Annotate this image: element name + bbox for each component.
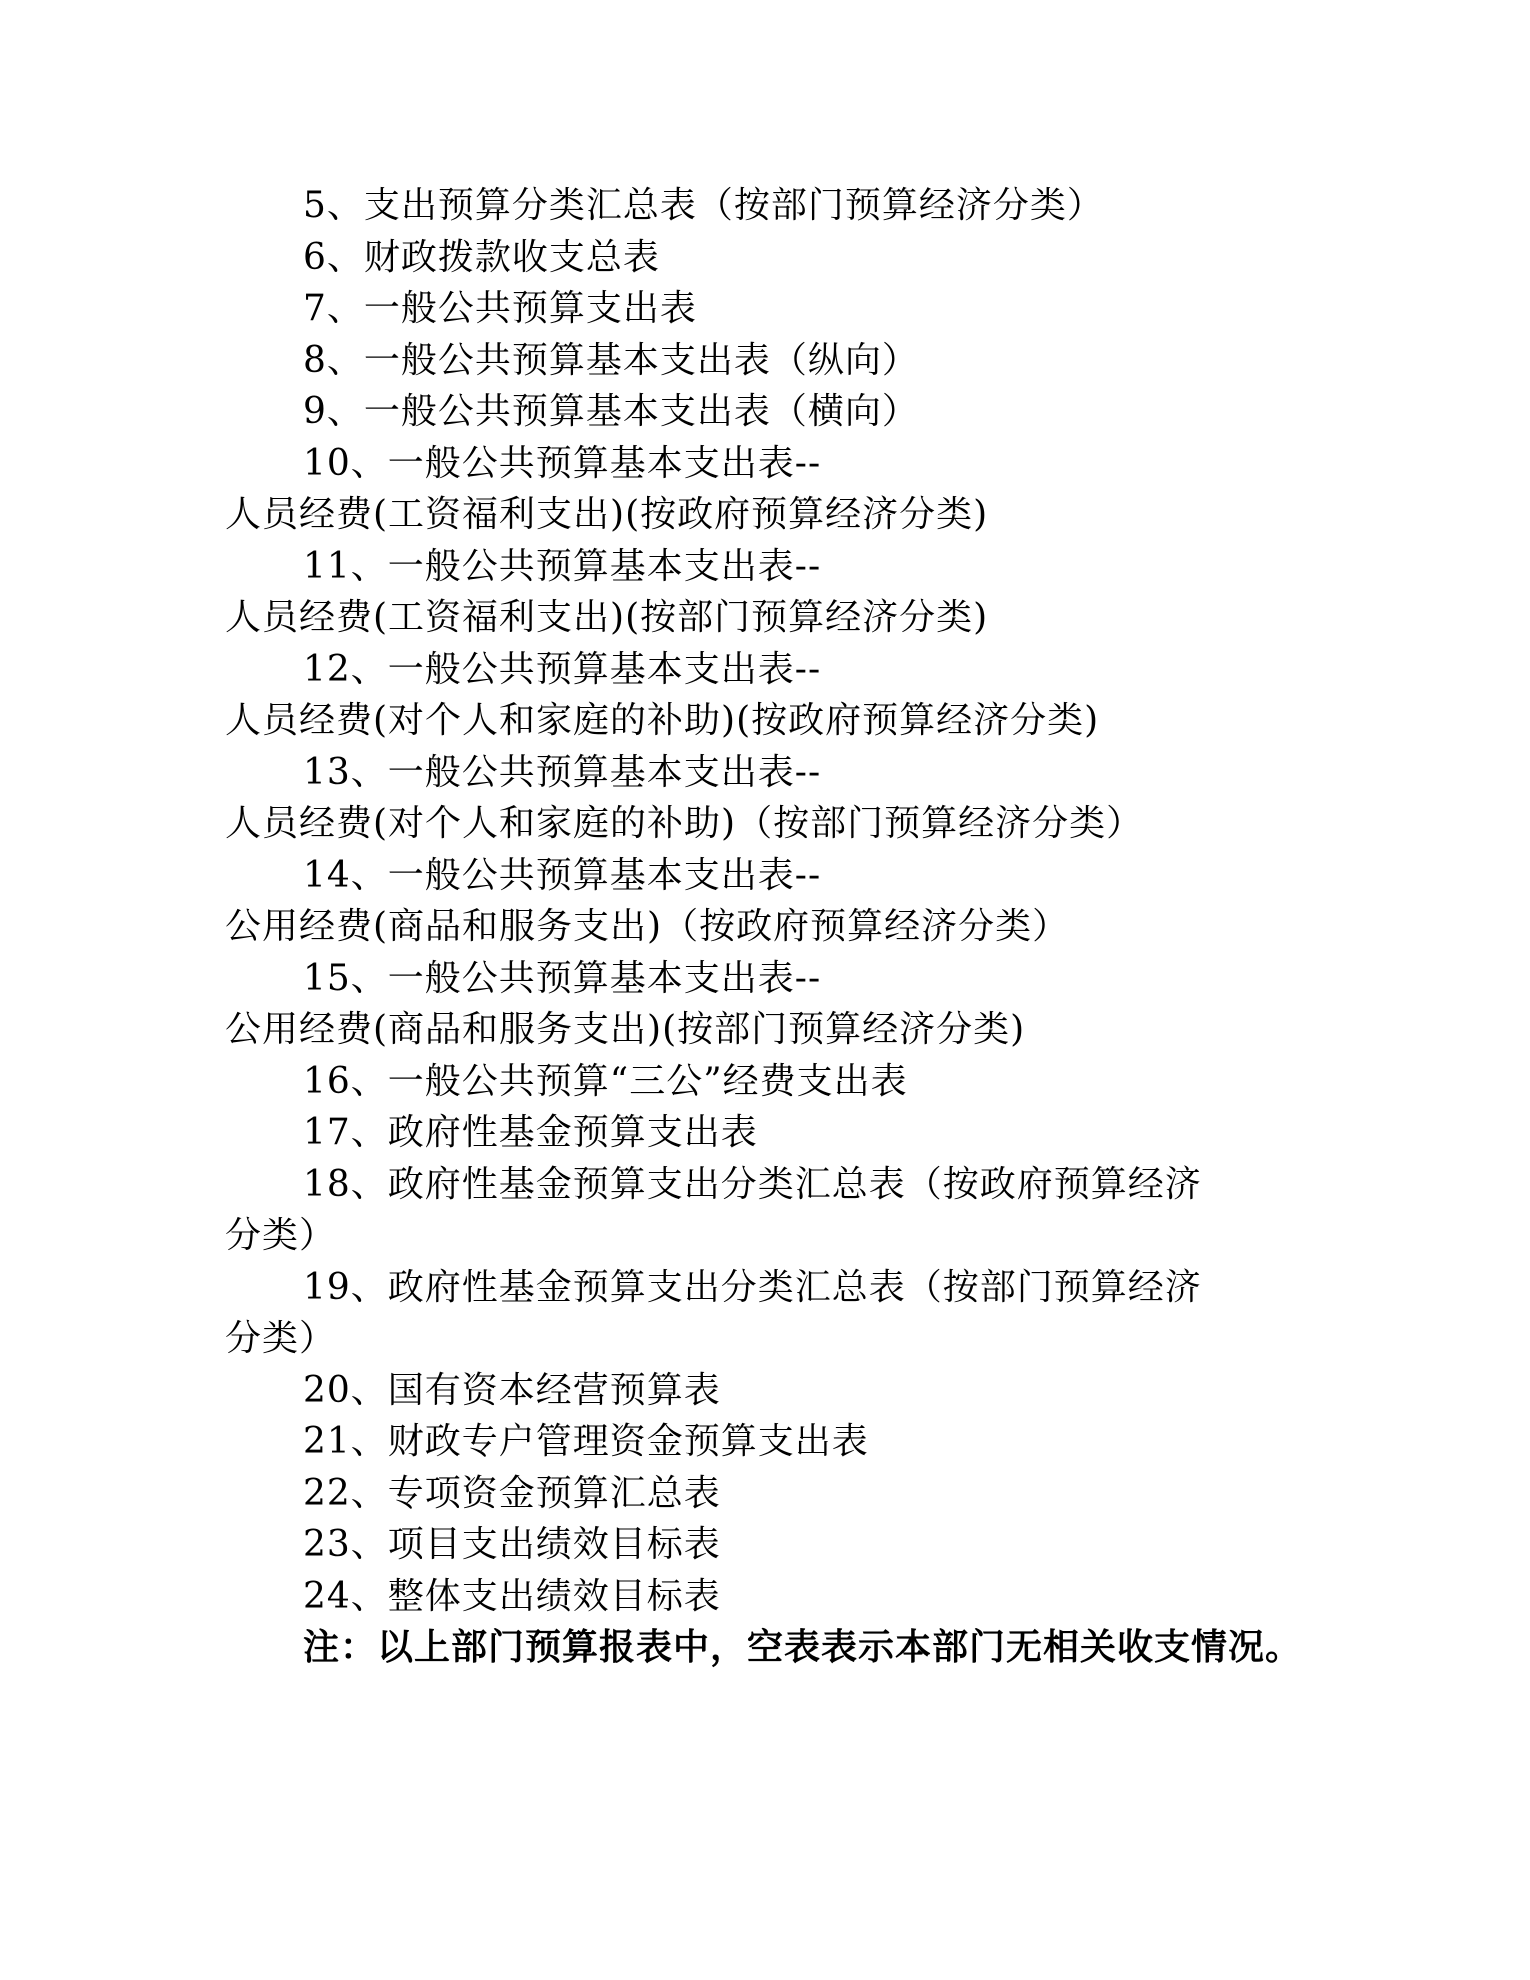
list-item-15: 15、一般公共预算基本支出表-- <box>225 953 1285 1005</box>
list-item-13: 13、一般公共预算基本支出表-- <box>225 747 1285 799</box>
list-item-14: 14、一般公共预算基本支出表-- <box>225 850 1285 902</box>
footnote: 注：以上部门预算报表中，空表表示本部门无相关收支情况。 <box>225 1622 1285 1674</box>
list-item-19-continued: 分类） <box>225 1313 1285 1365</box>
list-item-15-continued: 公用经费(商品和服务支出)(按部门预算经济分类) <box>225 1004 1285 1056</box>
list-item-24: 24、整体支出绩效目标表 <box>225 1571 1285 1623</box>
list-item-11: 11、一般公共预算基本支出表-- <box>225 541 1285 593</box>
list-item-18: 18、政府性基金预算支出分类汇总表（按政府预算经济 <box>225 1159 1285 1211</box>
list-item-23: 23、项目支出绩效目标表 <box>225 1519 1285 1571</box>
list-item-13-continued: 人员经费(对个人和家庭的补助)（按部门预算经济分类） <box>225 798 1285 850</box>
list-item-10: 10、一般公共预算基本支出表-- <box>225 438 1285 490</box>
list-item-14-continued: 公用经费(商品和服务支出)（按政府预算经济分类） <box>225 901 1285 953</box>
list-item-7: 7、一般公共预算支出表 <box>225 283 1285 335</box>
list-item-17: 17、政府性基金预算支出表 <box>225 1107 1285 1159</box>
list-item-8: 8、一般公共预算基本支出表（纵向） <box>225 335 1285 387</box>
list-item-21: 21、财政专户管理资金预算支出表 <box>225 1416 1285 1468</box>
list-item-10-continued: 人员经费(工资福利支出)(按政府预算经济分类) <box>225 489 1285 541</box>
list-item-22: 22、专项资金预算汇总表 <box>225 1468 1285 1520</box>
list-item-20: 20、国有资本经营预算表 <box>225 1365 1285 1417</box>
list-item-5: 5、支出预算分类汇总表（按部门预算经济分类） <box>225 180 1285 232</box>
list-item-16: 16、一般公共预算“三公”经费支出表 <box>225 1056 1285 1108</box>
list-item-11-continued: 人员经费(工资福利支出)(按部门预算经济分类) <box>225 592 1285 644</box>
list-item-6: 6、财政拨款收支总表 <box>225 232 1285 284</box>
list-item-9: 9、一般公共预算基本支出表（横向） <box>225 386 1285 438</box>
list-item-12-continued: 人员经费(对个人和家庭的补助)(按政府预算经济分类) <box>225 695 1285 747</box>
list-item-18-continued: 分类） <box>225 1210 1285 1262</box>
list-item-12: 12、一般公共预算基本支出表-- <box>225 644 1285 696</box>
list-item-19: 19、政府性基金预算支出分类汇总表（按部门预算经济 <box>225 1262 1285 1314</box>
document-page: 5、支出预算分类汇总表（按部门预算经济分类） 6、财政拨款收支总表 7、一般公共… <box>225 180 1285 1674</box>
